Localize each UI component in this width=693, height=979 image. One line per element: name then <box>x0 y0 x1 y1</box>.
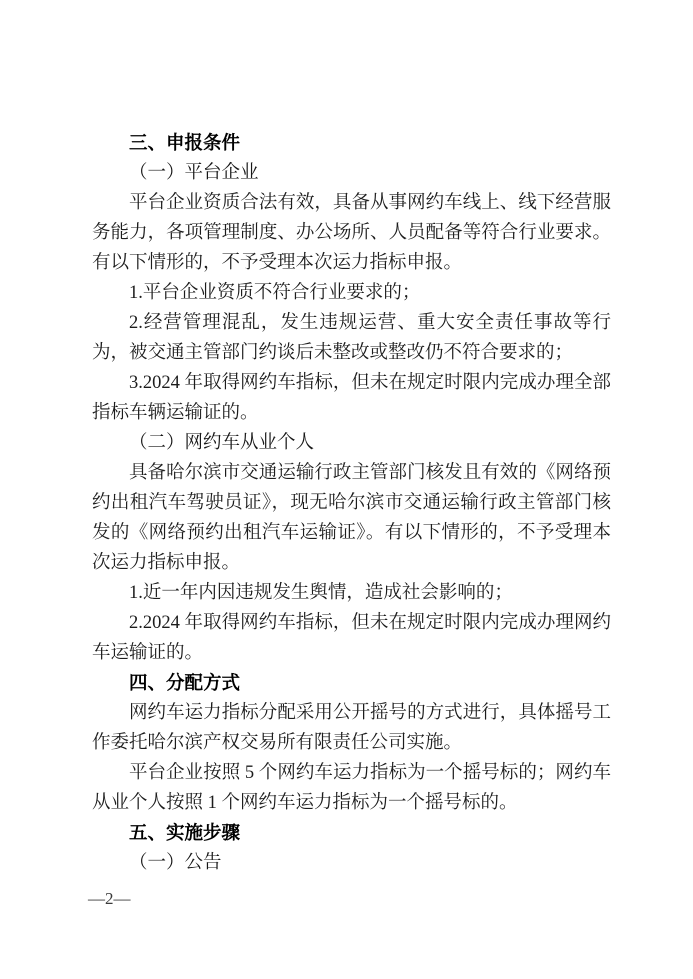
document-page: 三、申报条件 （一）平台企业 平台企业资质合法有效，具备从事网约车线上、线下经营… <box>0 0 693 979</box>
paragraph-lottery-quota: 平台企业按照 5 个网约车运力指标为一个摇号标的；网约车从业个人按照 1 个网约… <box>92 758 611 818</box>
paragraph-item-3-platform: 3.2024 年取得网约车指标，但未在规定时限内完成办理全部指标车辆运输证的。 <box>92 368 611 428</box>
document-body: 三、申报条件 （一）平台企业 平台企业资质合法有效，具备从事网约车线上、线下经营… <box>92 128 611 878</box>
section-heading-declaration-conditions: 三、申报条件 <box>92 128 611 158</box>
paragraph-item-2-platform: 2.经营管理混乱，发生违规运营、重大安全责任事故等行为，被交通主管部门约谈后未整… <box>92 308 611 368</box>
section-heading-allocation-method: 四、分配方式 <box>92 668 611 698</box>
paragraph-lottery-method: 网约车运力指标分配采用公开摇号的方式进行，具体摇号工作委托哈尔滨产权交易所有限责… <box>92 698 611 758</box>
paragraph-platform-qualification: 平台企业资质合法有效，具备从事网约车线上、线下经营服务能力，各项管理制度、办公场… <box>92 188 611 278</box>
paragraph-item-2-driver: 2.2024 年取得网约车指标，但未在规定时限内完成办理网约车运输证的。 <box>92 608 611 668</box>
paragraph-item-1-platform: 1.平台企业资质不符合行业要求的； <box>92 278 611 308</box>
section-heading-implementation-steps: 五、实施步骤 <box>92 818 611 848</box>
subsection-heading-individual-driver: （二）网约车从业个人 <box>92 428 611 458</box>
subsection-heading-platform-enterprise: （一）平台企业 <box>92 158 611 188</box>
paragraph-item-1-driver: 1.近一年内因违规发生舆情，造成社会影响的； <box>92 578 611 608</box>
page-number: —2— <box>88 889 131 909</box>
subsection-heading-announcement: （一）公告 <box>92 848 611 878</box>
paragraph-driver-qualification: 具备哈尔滨市交通运输行政主管部门核发且有效的《网络预约出租汽车驾驶员证》，现无哈… <box>92 458 611 578</box>
